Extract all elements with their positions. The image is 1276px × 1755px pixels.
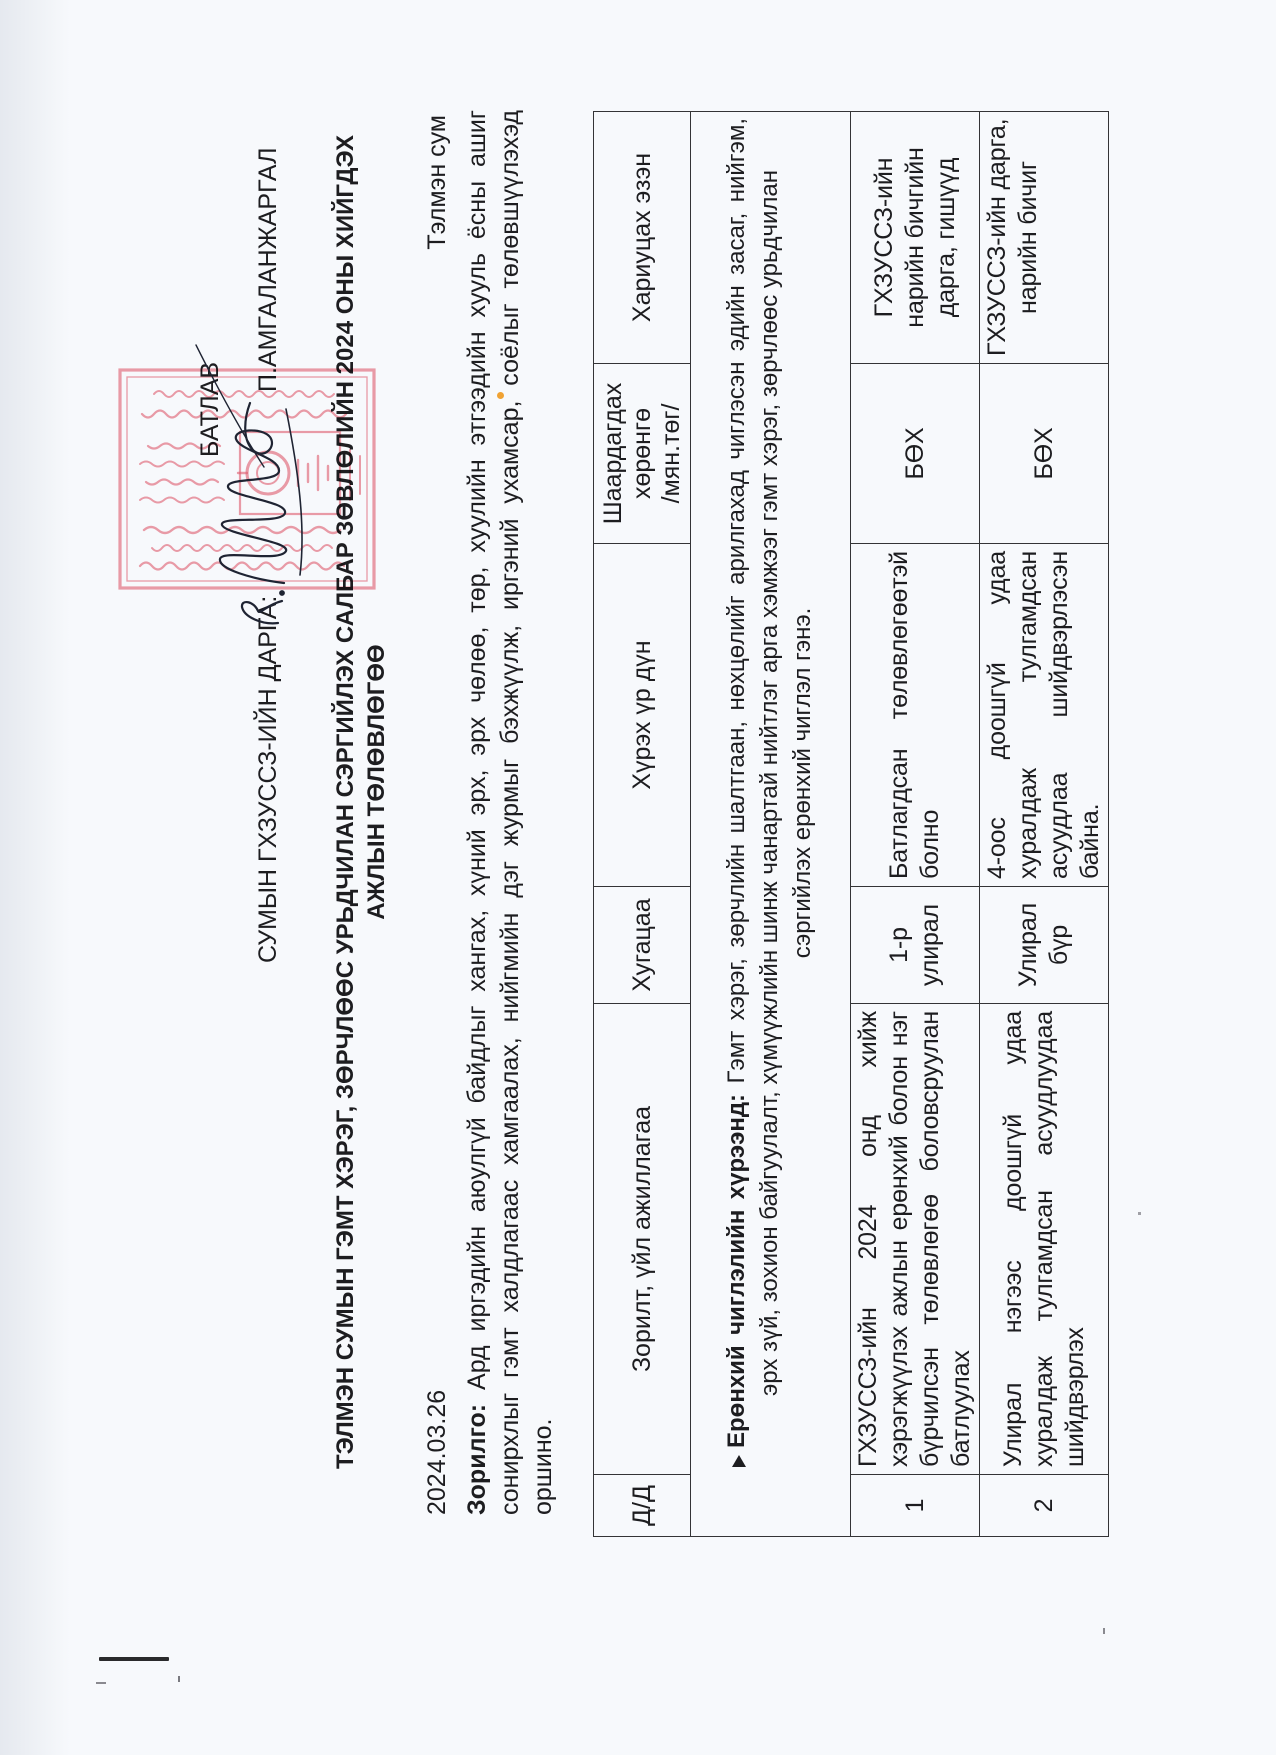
table-row: 2 Улирал нэгээс доошгүй удаа хуралдаж ту…	[980, 112, 1109, 1537]
outcome-line: болно	[915, 551, 946, 879]
activity-line: батлуулах	[946, 1011, 977, 1467]
goal-paragraph: Зорилго: Ард иргэдийн аюулгүй байдлыг ха…	[461, 110, 560, 1515]
deadline-line: бүр	[1044, 894, 1075, 996]
row-number: 2	[980, 1475, 1109, 1537]
section-text-1: Гэмт хэрэг, зөрчлийн шалтгаан, нөхцөлийг…	[723, 118, 750, 1084]
section-line-1: Ерөнхий чиглэлийн хүрээнд: Гэмт хэрэг, з…	[720, 118, 753, 1448]
scan-artifact-orange-dot	[497, 392, 504, 399]
header-activity: Зорилт, үйл ажиллагаа	[594, 1004, 691, 1475]
scan-artifact-line	[99, 1657, 169, 1661]
outcome-line: асуудлаа шийдвэрлэсэн	[1044, 551, 1075, 879]
goal-line-3: оршино.	[527, 110, 560, 1515]
row-outcome: Батлагдсан төлөвлөгөөтэй болно	[851, 544, 980, 887]
row-responsible: ГХЗУССЗ-ийн нарийн бичгийн дарга, гишүүд	[851, 112, 980, 364]
signature-strokes	[196, 345, 302, 623]
deadline-line: 1-р	[884, 894, 915, 996]
row-deadline: 1-р улирал	[851, 887, 980, 1004]
responsible-line: ГХЗУССЗ-ийн	[869, 119, 900, 356]
scan-artifact-mark	[178, 1676, 180, 1682]
header-no: Д/Д	[594, 1475, 691, 1537]
header-deadline: Хугацаа	[594, 887, 691, 1004]
section-block: Ерөнхий чиглэлийн хүрээнд: Гэмт хэрэг, з…	[692, 112, 849, 1536]
responsible-line: нарийн бичгийн	[900, 119, 931, 356]
goal-line-2: сонирхлыг гэмт халдлагаас хамгаалах, ний…	[494, 110, 527, 1515]
approver-position: СУМЫН ГХЗУССЗ-ИЙН ДАРГА:	[254, 596, 282, 963]
row-budget: БӨХ	[980, 364, 1109, 544]
scan-artifact-speck	[1103, 1628, 1105, 1634]
section-label: Ерөнхий чиглэлийн хүрээнд:	[723, 1094, 750, 1448]
document-title-line-1: ТЭЛМЭН СУМЫН ГЭМТ ХЭРЭГ, ЗӨРЧЛӨӨС УРЬДЧИ…	[332, 52, 360, 1552]
document: БАТЛАВ СУМЫН ГХЗУССЗ-ИЙН ДАРГА: П.АМГАЛА…	[0, 0, 1276, 1755]
row-outcome: 4-оос доошгүй удаа хуралдаж тулгамдсан а…	[980, 544, 1109, 887]
section-text: Ерөнхий чиглэлийн хүрээнд: Гэмт хэрэг, з…	[720, 118, 819, 1448]
goal-line-1: Зорилго: Ард иргэдийн аюулгүй байдлыг ха…	[461, 110, 494, 1515]
header-outcome: Хүрэх үр дүн	[594, 544, 691, 887]
table-header-row: Д/Д Зорилт, үйл ажиллагаа Хугацаа Хүрэх …	[594, 112, 691, 1537]
activity-line: хуралдаж тулгамдсан асуудлуудаа	[1029, 1011, 1060, 1467]
section-line-2: эрх зүй, зохион байгуулалт, хүмүүжлийн ш…	[753, 118, 786, 1448]
header-budget-line: хөрөнгө	[628, 371, 657, 536]
header-budget-line: /мян.төг/	[657, 371, 686, 536]
goal-label: Зорилго:	[463, 1404, 491, 1515]
document-title-line-2: АЖЛЫН ТӨЛӨВЛӨГӨӨ	[363, 32, 391, 1532]
row-budget: БӨХ	[851, 364, 980, 544]
responsible-line: нарийн бичиг	[1013, 119, 1044, 356]
responsible-line: ГХЗУССЗ-ийн дарга,	[982, 119, 1013, 356]
row-responsible: ГХЗУССЗ-ийн дарга, нарийн бичиг	[980, 112, 1109, 364]
triangle-right-bullet-icon	[732, 1455, 746, 1467]
activity-line: хэрэгжүүлэх ажлын ерөнхий болон нэг	[884, 1011, 915, 1467]
outcome-line: байна.	[1075, 551, 1106, 879]
document-date: 2024.03.26	[423, 1390, 451, 1515]
scan-artifact-speck	[1138, 1212, 1141, 1215]
outcome-line: хуралдаж тулгамдсан	[1013, 551, 1044, 879]
row-activity: Улирал нэгээс доошгүй удаа хуралдаж тулг…	[980, 1004, 1109, 1475]
document-place: Тэлмэн сум	[423, 115, 451, 415]
outcome-line: Батлагдсан төлөвлөгөөтэй	[884, 551, 915, 879]
header-budget: Шаардагдах хөрөнгө /мян.төг/	[594, 364, 691, 544]
section-row: Ерөнхий чиглэлийн хүрээнд: Гэмт хэрэг, з…	[691, 112, 851, 1537]
row-number: 1	[851, 1475, 980, 1537]
plan-table: Д/Д Зорилт, үйл ажиллагаа Хугацаа Хүрэх …	[593, 111, 1109, 1537]
activity-line: бүрчилсэн төлөвлөгөө боловсруулан	[915, 1011, 946, 1467]
header-responsible: Хариуцах эзэн	[594, 112, 691, 364]
header-budget-line: Шаардагдах	[599, 371, 628, 536]
section-line-3: сэргийлэх ерөнхий чиглэл гэнэ.	[786, 118, 819, 1448]
signature	[182, 335, 317, 645]
activity-line: Улирал нэгээс доошгүй удаа	[998, 1011, 1029, 1467]
activity-line: ГХЗУССЗ-ийн 2024 онд хийж	[853, 1011, 884, 1467]
deadline-line: Улирал	[1013, 894, 1044, 996]
row-deadline: Улирал бүр	[980, 887, 1109, 1004]
activity-line: шийдвэрлэх	[1060, 1011, 1091, 1467]
deadline-line: улирал	[915, 894, 946, 996]
goal-text: Ард иргэдийн аюулгүй байдлыг хангах, хүн…	[463, 110, 491, 1390]
table-row: 1 ГХЗУССЗ-ийн 2024 онд хийж хэрэгжүүлэх …	[851, 112, 980, 1537]
responsible-line: дарга, гишүүд	[931, 119, 962, 356]
scanned-page: БАТЛАВ СУМЫН ГХЗУССЗ-ИЙН ДАРГА: П.АМГАЛА…	[0, 0, 1276, 1755]
scan-artifact-mark	[96, 1682, 106, 1684]
outcome-line: 4-оос доошгүй удаа	[982, 551, 1013, 879]
row-activity: ГХЗУССЗ-ийн 2024 онд хийж хэрэгжүүлэх аж…	[851, 1004, 980, 1475]
section-cell: Ерөнхий чиглэлийн хүрээнд: Гэмт хэрэг, з…	[691, 112, 851, 1537]
